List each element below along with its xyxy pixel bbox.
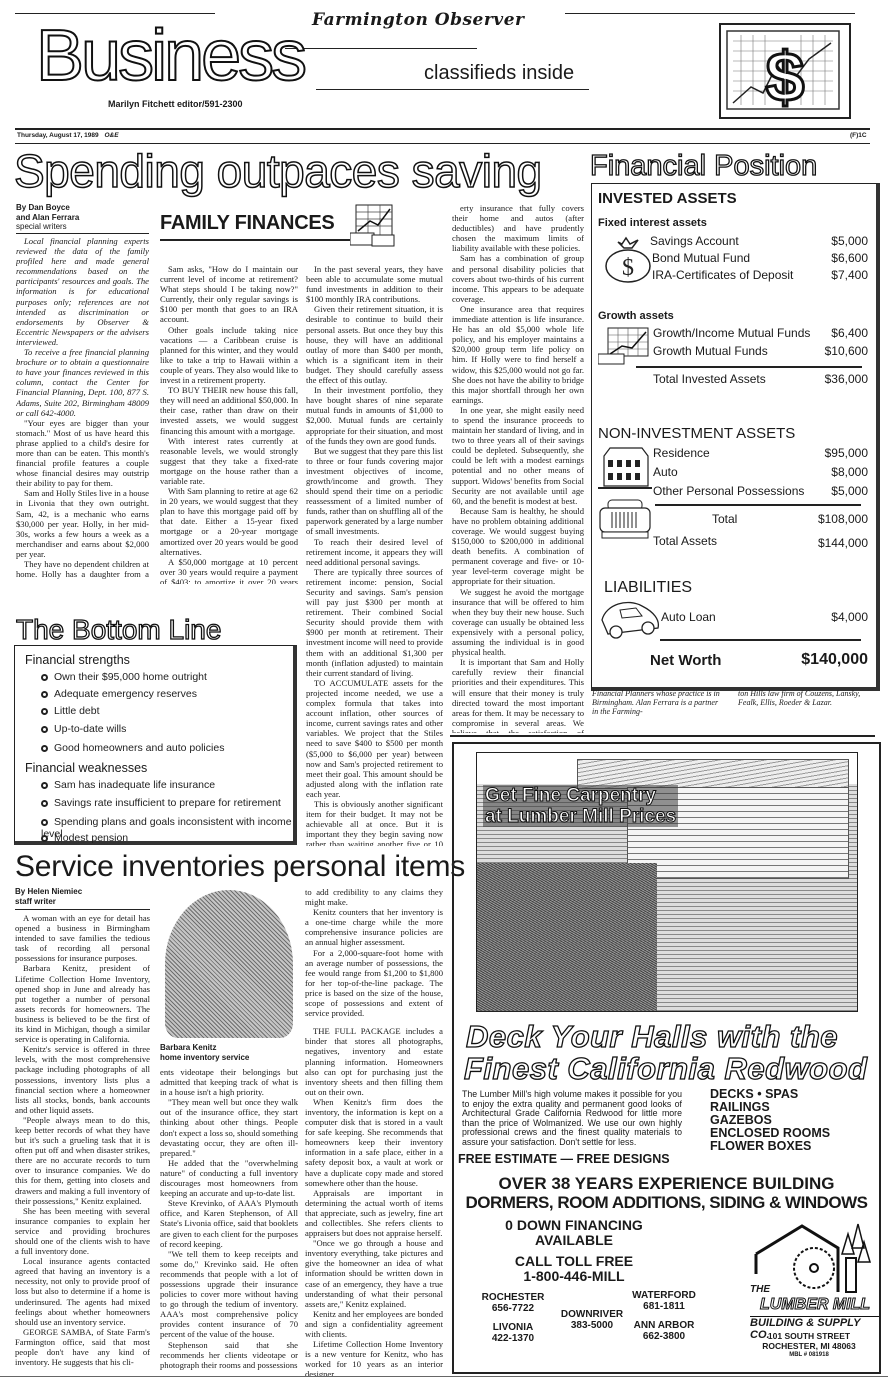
paragraph: Sam and Holly Stiles live in a house in … [16, 488, 149, 559]
vintage-car-icon [598, 594, 664, 640]
dateline-rule [15, 143, 870, 144]
call-line-1: CALL TOLL FREE [484, 1254, 664, 1269]
non-investment-total-label: Total [712, 512, 737, 526]
paragraph: She has been meeting with several insura… [15, 1206, 150, 1256]
paragraph: THE FULL PACKAGE includes a binder that … [305, 1026, 443, 1097]
byline-author-2: and Alan Ferrara [16, 213, 149, 223]
total-assets-amount: $144,000 [818, 536, 868, 550]
growth-assets-label: Growth assets [598, 310, 674, 322]
bullet-icon [41, 800, 48, 807]
non-investment-total-amount: $108,000 [818, 512, 868, 526]
photo-headline-line-1: Get Fine Carpentry [485, 785, 676, 806]
paragraph: It is important that Sam and Holly caref… [452, 657, 584, 733]
section-title: Business [36, 20, 304, 92]
paragraph: In the past several years, they have bee… [306, 264, 443, 304]
ad-body-text: The Lumber Mill's high volume makes it p… [462, 1090, 682, 1148]
net-worth-amount: $140,000 [801, 651, 868, 669]
fp-item-label: Auto Loan [661, 610, 716, 624]
fp-item-label: Other Personal Possessions [653, 484, 804, 498]
fp-item-amount: $7,400 [831, 268, 868, 282]
paragraph: Appraisals are important in determining … [305, 1188, 443, 1238]
paragraph: Sam asks, "How do I maintain our current… [160, 264, 298, 325]
paragraph: Kenitz counters that her inventory is a … [305, 907, 443, 947]
paragraph: When Kenitz's firm does the inventory, t… [305, 1097, 443, 1188]
photo-headline: Get Fine Carpentry at Lumber Mill Prices [483, 785, 678, 827]
ad-tagline-line-2: Finest California Redwood [464, 1052, 867, 1086]
photo-caption: Barbara Kenitz home inventory service [160, 1043, 249, 1062]
total-invested-amount: $36,000 [825, 372, 868, 386]
location-phone: 662-3800 [624, 1331, 704, 1342]
second-headline: Service inventories personal items [15, 850, 465, 884]
growth-chart-icon [598, 326, 652, 366]
net-worth-label: Net Worth [650, 652, 721, 669]
paragraph: GEORGE SAMBA, of State Farm's Farmington… [15, 1327, 150, 1367]
paragraph: Local insurance agents contacted agreed … [15, 1256, 150, 1327]
bullet-icon [41, 674, 48, 681]
experience-line-2: DORMERS, ROOM ADDITIONS, SIDING & WINDOW… [454, 1193, 879, 1212]
bottom-line-box: Financial strengths Own their $95,000 ho… [14, 645, 297, 845]
fp-item-amount: $8,000 [831, 465, 868, 479]
main-story-column-4: erty insurance that fully covers their h… [452, 203, 584, 733]
non-investment-heading: NON-INVESTMENT ASSETS [598, 425, 795, 442]
paragraph: Kenitz and her employees are bonded and … [305, 1309, 443, 1339]
paragraph: But we suggest that they pare this list … [306, 446, 443, 537]
location-waterford: WATERFORD 681-1811 [624, 1290, 704, 1312]
author-note-continued-right: ton Hills law firm of Couzens, Lansky, F… [738, 689, 878, 707]
fp-item-amount: $5,000 [831, 234, 868, 248]
second-story-column-2: ents videotape their belongings but admi… [160, 1067, 298, 1377]
ad-free-estimate: FREE ESTIMATE — FREE DESIGNS [458, 1152, 670, 1166]
paragraph: To reach their desired level of retireme… [306, 537, 443, 567]
strength-text: Up-to-date wills [54, 723, 126, 735]
bullet-icon [41, 835, 48, 842]
byline-rule [15, 909, 150, 910]
second-story-column-1: A woman with an eye for detail has opene… [15, 913, 150, 1375]
paragraph: erty insurance that fully covers their h… [452, 203, 584, 253]
paragraph: There are typically three sources of ret… [306, 567, 443, 678]
weaknesses-heading: Financial weaknesses [25, 761, 147, 775]
logo-name: LUMBER MILL [760, 1296, 870, 1314]
paragraph: In their investment portfolio, they have… [306, 385, 443, 446]
page-id: (F)1C [850, 132, 867, 139]
financing-line-2: AVAILABLE [484, 1233, 664, 1248]
location-city: LIVONIA [478, 1322, 548, 1333]
masthead-rule-2 [316, 89, 589, 90]
svg-text:$: $ [622, 255, 634, 281]
fp-item-amount: $6,600 [831, 251, 868, 265]
strengths-heading: Financial strengths [25, 653, 130, 667]
weakness-text: Modest pension [54, 832, 128, 844]
fp-item-label: Bond Mutual Fund [652, 251, 750, 265]
address-line-2: ROCHESTER, MI 48063 [744, 1342, 874, 1352]
main-story-column-2: Sam asks, "How do I maintain our current… [160, 264, 298, 584]
masthead-top-rule [15, 13, 215, 14]
portrait-photo [165, 890, 293, 1038]
dollar-chart-icon: $ [719, 23, 851, 119]
byline-author: By Helen Niemiec [15, 887, 150, 897]
photo-caption-role: home inventory service [160, 1053, 249, 1063]
weakness-text: Sam has inadequate life insurance [54, 779, 215, 791]
paragraph: "People always mean to do this, keep bet… [15, 1115, 150, 1206]
fp-subtotal-rule [636, 366, 862, 368]
masthead-top-rule-right [565, 13, 855, 14]
column-label-rule [160, 239, 352, 241]
ad-financing: 0 DOWN FINANCING AVAILABLE [484, 1218, 664, 1248]
intro-paragraph-2: To receive a free financial planning bro… [16, 347, 149, 418]
location-city: DOWNRIVER [552, 1309, 632, 1320]
paragraph: Given their retirement situation, it is … [306, 304, 443, 385]
main-headline: Spending outpaces saving [14, 146, 542, 196]
logo-the: THE [750, 1284, 770, 1295]
paragraph: Lifetime Collection Home Inventory is a … [305, 1339, 443, 1377]
paragraph: One insurance area that requires immedia… [452, 304, 584, 405]
paragraph: to add credibility to any claims they mi… [305, 887, 443, 907]
main-byline: By Dan Boyce and Alan Ferrara special wr… [16, 203, 149, 232]
paragraph: "Your eyes are bigger than your stomach.… [16, 418, 149, 489]
byline-role: special writers [16, 222, 149, 232]
fp-item-label: Auto [653, 465, 678, 479]
invested-assets-heading: INVESTED ASSETS [598, 190, 737, 207]
location-rochester: ROCHESTER 656-7722 [478, 1292, 548, 1314]
fp-item-label: IRA-Certificates of Deposit [652, 268, 793, 282]
weakness-item: Savings rate insufficient to prepare for… [41, 797, 281, 809]
fp-item-amount: $95,000 [825, 446, 868, 460]
paragraph: "Once we go through a house and inventor… [305, 1238, 443, 1309]
strength-text: Good homeowners and auto policies [54, 742, 224, 754]
second-story-column-3: to add credibility to any claims they mi… [305, 887, 443, 1377]
strength-item: Little debt [41, 705, 100, 717]
location-downriver: DOWNRIVER 383-5000 [552, 1309, 632, 1331]
paragraph: With Sam planning to retire at age 62 in… [160, 486, 298, 557]
financing-line-1: 0 DOWN FINANCING [484, 1218, 664, 1233]
paragraph: TO ACCUMULATE assets for the projected i… [306, 678, 443, 799]
paragraph: Sam has a combination of group and perso… [452, 253, 584, 303]
paragraph: Steve Krevinko, of AAA's Plymouth office… [160, 1198, 298, 1248]
paragraph: "They mean well but once they walk out o… [160, 1097, 298, 1158]
paragraph: TO BUY THEIR new house this fall, they w… [160, 385, 298, 435]
paragraph: Barbara Kenitz, president of Lifetime Co… [15, 963, 150, 1044]
masthead-bottom-rule [15, 128, 870, 130]
ad-tagline-line-1: Deck Your Halls with the [466, 1020, 838, 1054]
editor-line: Marilyn Fitchett editor/591-2300 [108, 99, 243, 109]
photo-caption-name: Barbara Kenitz [160, 1043, 249, 1053]
column-label: FAMILY FINANCES [160, 212, 334, 235]
ad-product-list: DECKS • SPAS RAILINGS GAZEBOS ENCLOSED R… [710, 1088, 830, 1153]
fp-item-label: Savings Account [650, 234, 739, 248]
ad-address: 101 SOUTH STREET ROCHESTER, MI 48063 MBL… [744, 1332, 874, 1361]
bullet-icon [41, 819, 48, 826]
edition-text: O&E [104, 132, 118, 139]
fp-subtotal-rule [655, 504, 861, 506]
toll-free-number[interactable]: 1-800-446-MILL [484, 1269, 664, 1284]
paragraph: Other goals include taking nice vacation… [160, 325, 298, 386]
strength-text: Adequate emergency reserves [54, 688, 197, 700]
byline-author-1: By Dan Boyce [16, 203, 149, 213]
ad-call[interactable]: CALL TOLL FREE 1-800-446-MILL [484, 1254, 664, 1284]
strength-item: Up-to-date wills [41, 723, 126, 735]
bullet-icon [41, 782, 48, 789]
masthead-rule [285, 48, 477, 49]
paragraph: This is obviously another significant it… [306, 799, 443, 846]
paragraph: Kenitz's service is offered in three lev… [15, 1044, 150, 1115]
financial-position-box: INVESTED ASSETS Fixed interest assets $ … [591, 183, 880, 691]
paper-name: Farmington Observer [312, 10, 524, 30]
location-phone: 422-1370 [478, 1333, 548, 1344]
location-ann-arbor: ANN ARBOR 662-3800 [624, 1320, 704, 1342]
ledger-icon [350, 203, 395, 247]
house-icon [598, 446, 652, 492]
main-story-column-3: In the past several years, they have bee… [306, 264, 443, 846]
fp-item-amount: $6,400 [831, 326, 868, 340]
fixed-interest-label: Fixed interest assets [598, 217, 707, 229]
fp-item-label: Growth Mutual Funds [653, 344, 768, 358]
byline-role: staff writer [15, 897, 150, 907]
author-note-continued-left: Financial Planners whose practice is in … [592, 689, 725, 716]
paragraph: Stephenson said that she recommends her … [160, 1340, 298, 1370]
weakness-item: Sam has inadequate life insurance [41, 779, 215, 791]
bullet-icon [41, 691, 48, 698]
foliage-graphic [477, 863, 657, 1011]
deck-photo: Get Fine Carpentry at Lumber Mill Prices [476, 752, 858, 1012]
fp-item-label: Residence [653, 446, 710, 460]
ad-experience: OVER 38 YEARS EXPERIENCE BUILDING DORMER… [454, 1174, 879, 1212]
paragraph: Because Sam is healthy, he should have n… [452, 506, 584, 587]
experience-line-1: OVER 38 YEARS EXPERIENCE BUILDING [454, 1174, 879, 1193]
location-phone: 656-7722 [478, 1303, 548, 1314]
page-bottom-rule [0, 1376, 888, 1377]
strength-item: Good homeowners and auto policies [41, 742, 224, 754]
strength-item: Own their $95,000 home outright [41, 671, 207, 683]
financial-position-title: Financial Position [590, 150, 817, 182]
paragraph: A $50,000 mortgage at 10 percent over 30… [160, 557, 298, 584]
weakness-item: Modest pension [41, 832, 128, 844]
paragraph: With interest rates currently at reasona… [160, 436, 298, 486]
photo-headline-line-2: at Lumber Mill Prices [485, 806, 676, 827]
location-city: WATERFORD [624, 1290, 704, 1301]
location-city: ANN ARBOR [624, 1320, 704, 1331]
strength-text: Little debt [54, 705, 100, 717]
paragraph: ents videotape their belongings but admi… [160, 1067, 298, 1097]
second-byline: By Helen Niemiec staff writer [15, 887, 150, 906]
license-number: MBL # 081918 [744, 1351, 874, 1361]
bullet-icon [41, 708, 48, 715]
location-city: ROCHESTER [478, 1292, 548, 1303]
location-livonia: LIVONIA 422-1370 [478, 1322, 548, 1344]
product-item: FLOWER BOXES [710, 1140, 830, 1153]
intro-paragraph: Local financial planning experts reviewe… [16, 236, 149, 347]
total-invested-label: Total Invested Assets [653, 372, 766, 386]
paragraph: For a 2,000-square-foot home with an ave… [305, 948, 443, 1019]
strength-text: Own their $95,000 home outright [54, 671, 207, 683]
lumber-mill-advertisement[interactable]: Get Fine Carpentry at Lumber Mill Prices… [452, 742, 881, 1374]
paragraph: They have no dependent children at home.… [16, 559, 149, 581]
paragraph: A woman with an eye for detail has opene… [15, 913, 150, 963]
saw-blade-house-icon [742, 1214, 872, 1294]
main-story-column-1: Local financial planning experts reviewe… [16, 236, 149, 581]
fp-item-amount: $4,000 [831, 610, 868, 624]
fp-item-label: Growth/Income Mutual Funds [653, 326, 810, 340]
paragraph: We suggest he avoid the mortgage insuran… [452, 587, 584, 658]
paragraph: He added that the "overwhelming nature" … [160, 1158, 298, 1198]
fp-item-amount: $5,000 [831, 484, 868, 498]
bottom-line-title: The Bottom Line [16, 614, 221, 646]
car-icon [598, 496, 652, 542]
location-phone: 681-1811 [624, 1301, 704, 1312]
weakness-text: Savings rate insufficient to prepare for… [54, 797, 281, 809]
section-divider [450, 735, 875, 737]
bullet-icon [41, 745, 48, 752]
svg-text:$: $ [766, 38, 805, 116]
date-text: Thursday, August 17, 1989 [17, 132, 99, 139]
total-assets-label: Total Assets [653, 534, 717, 548]
money-bag-icon: $ [602, 234, 654, 284]
fp-subtotal-rule [660, 639, 861, 641]
classifieds-note: classifieds inside [424, 62, 574, 85]
fp-item-amount: $10,600 [825, 344, 868, 358]
bullet-icon [41, 726, 48, 733]
paragraph: In one year, she might easily need to sp… [452, 405, 584, 506]
location-phone: 383-5000 [552, 1320, 632, 1331]
byline-rule [16, 233, 149, 234]
strength-item: Adequate emergency reserves [41, 688, 197, 700]
dateline: Thursday, August 17, 1989 O&E [17, 132, 119, 139]
paragraph: "We tell them to keep receipts and some … [160, 1249, 298, 1340]
